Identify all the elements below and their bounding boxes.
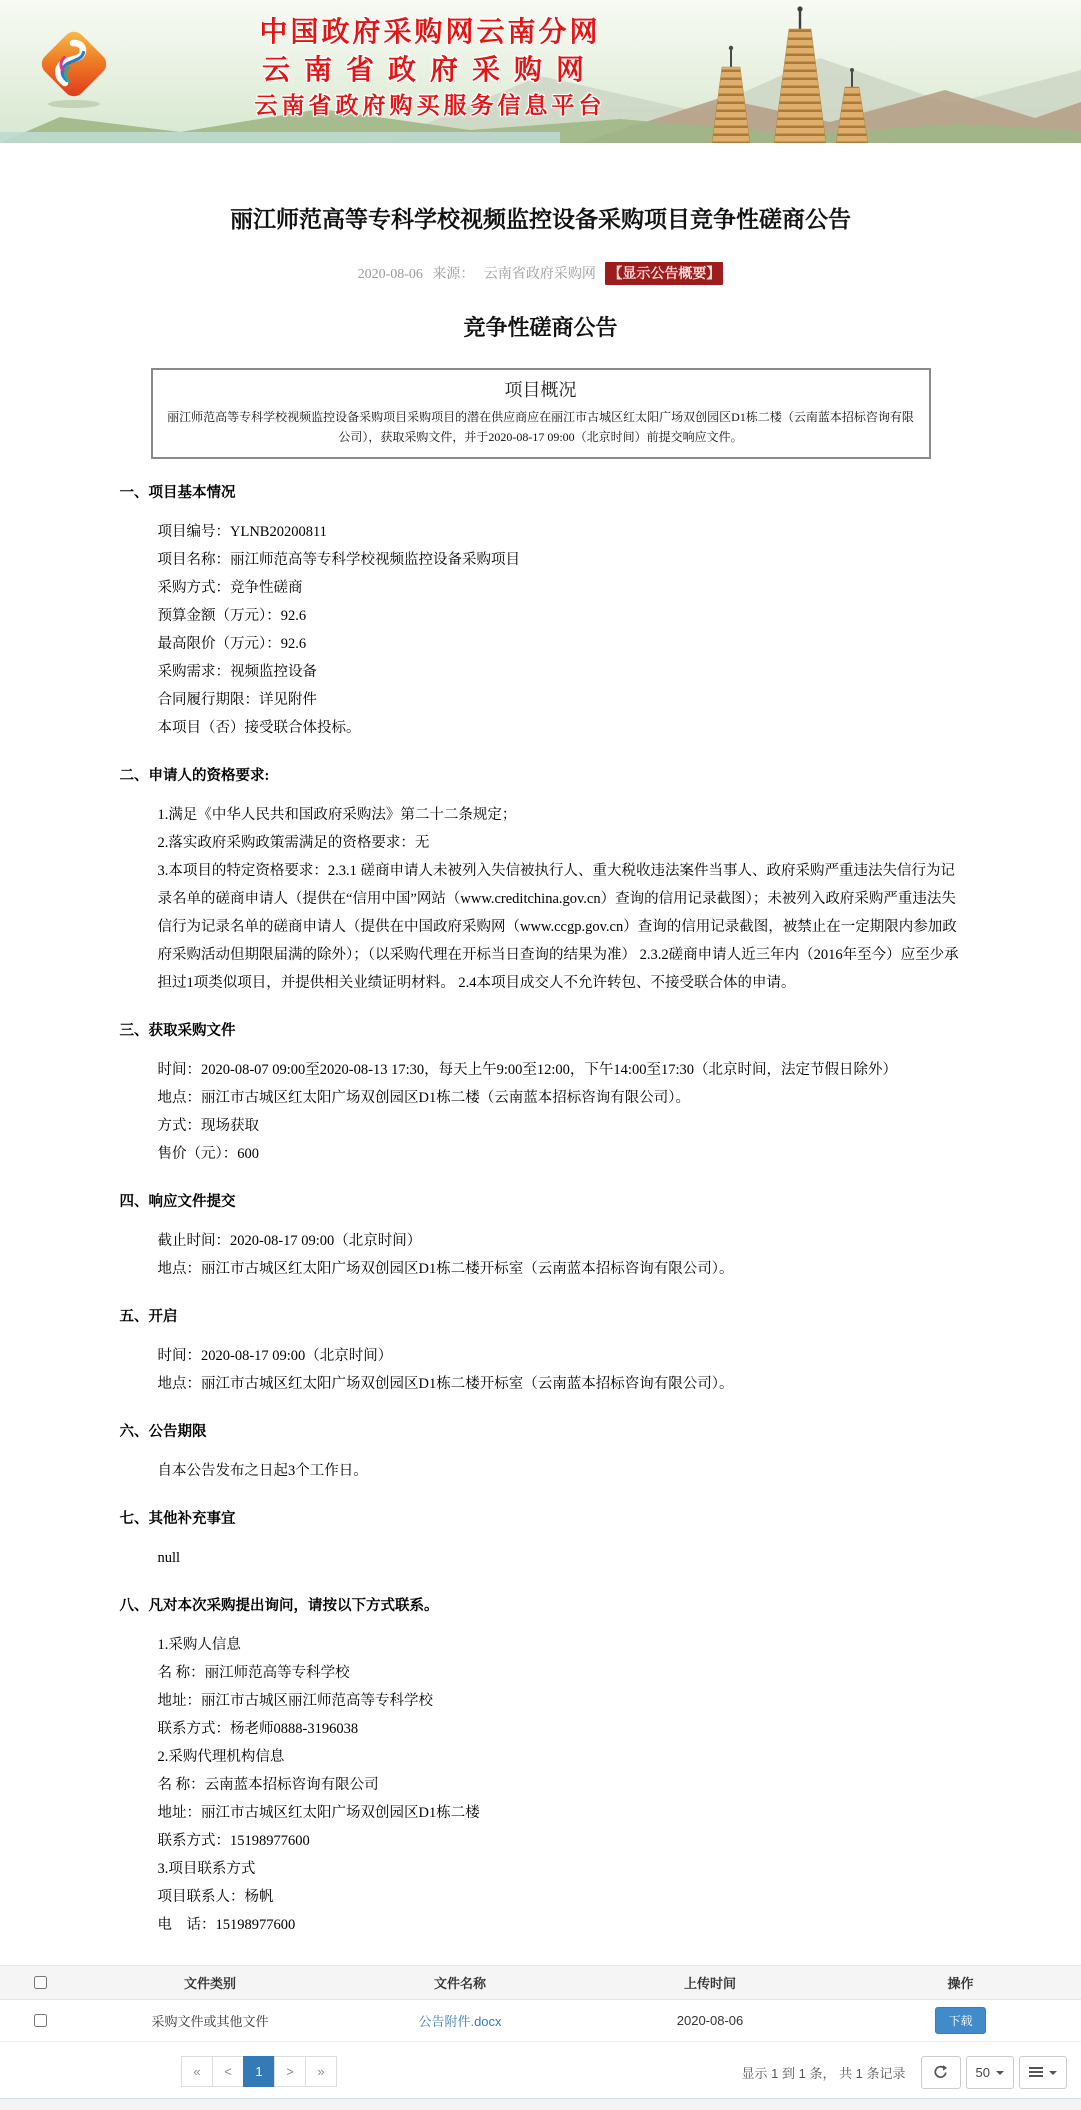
refresh-button[interactable] bbox=[921, 2056, 961, 2089]
section-opening: 五、开启 时间：2020-08-17 09:00（北京时间） 地点：丽江市古城区… bbox=[120, 1305, 962, 1398]
section-line: 联系方式：15198977600 bbox=[158, 1827, 962, 1855]
site-logo-icon bbox=[34, 26, 114, 110]
pagination-tools: 显示 1 到 1 条， 共 1 条记录 50 bbox=[742, 2056, 1067, 2089]
section-line: 本项目（否）接受联合体投标。 bbox=[158, 714, 962, 742]
section-line: 1.采购人信息 bbox=[158, 1631, 962, 1659]
row-checkbox[interactable] bbox=[34, 2014, 47, 2027]
banner-line-3: 云南省政府购买服务信息平台 bbox=[150, 92, 710, 120]
section-announcement-period: 六、公告期限 自本公告发布之日起3个工作日。 bbox=[120, 1420, 962, 1485]
pagination-bar: « < 1 > » 显示 1 到 1 条， 共 1 条记录 50 bbox=[0, 2046, 1081, 2098]
section-contacts: 八、凡对本次采购提出询问，请按以下方式联系。 1.采购人信息 名 称：丽江师范高… bbox=[120, 1594, 962, 1939]
banner-title-block: 中国政府采购网云南分网 云南省政府采购网 云南省政府购买服务信息平台 bbox=[150, 16, 710, 120]
section-line: 地点：丽江市古城区红太阳广场双创园区D1栋二楼开标室（云南蓝本招标咨询有限公司）… bbox=[158, 1370, 962, 1398]
section-title: 四、响应文件提交 bbox=[120, 1190, 962, 1211]
attachments-table: 文件类别 文件名称 上传时间 操作 采购文件或其他文件 公告附件.docx 20… bbox=[0, 1965, 1081, 2042]
section-line: 售价（元）：600 bbox=[158, 1140, 962, 1168]
section-line: 采购需求：视频监控设备 bbox=[158, 658, 962, 686]
select-all-checkbox[interactable] bbox=[34, 1976, 47, 1989]
section-obtain-documents: 三、获取采购文件 时间：2020-08-07 09:00至2020-08-13 … bbox=[120, 1019, 962, 1168]
section-line: 1.满足《中华人民共和国政府采购法》第二十二条规定； bbox=[158, 801, 962, 829]
source-name: 云南省政府采购网 bbox=[484, 267, 596, 282]
section-line: 方式：现场获取 bbox=[158, 1112, 962, 1140]
columns-button[interactable] bbox=[1019, 2056, 1067, 2089]
section-line: 名 称：云南蓝本招标咨询有限公司 bbox=[158, 1771, 962, 1799]
section-line: 地点：丽江市古城区红太阳广场双创园区D1栋二楼开标室（云南蓝本招标咨询有限公司）… bbox=[158, 1255, 962, 1283]
list-columns-icon bbox=[1029, 2067, 1043, 2078]
section-line: 合同履行期限：详见附件 bbox=[158, 686, 962, 714]
publish-date: 2020-08-06 bbox=[358, 267, 423, 282]
section-line: 项目联系人：杨帆 bbox=[158, 1883, 962, 1911]
section-line: 名 称：丽江师范高等专科学校 bbox=[158, 1659, 962, 1687]
section-line: 截止时间：2020-08-17 09:00（北京时间） bbox=[158, 1227, 962, 1255]
chevron-down-icon bbox=[1049, 2071, 1057, 2075]
download-button[interactable]: 下载 bbox=[935, 2007, 985, 2034]
pagination-first-button[interactable]: « bbox=[181, 2056, 213, 2087]
section-line: 地点：丽江市古城区红太阳广场双创园区D1栋二楼（云南蓝本招标咨询有限公司）。 bbox=[158, 1084, 962, 1112]
section-title: 六、公告期限 bbox=[120, 1420, 962, 1441]
cell-upload-time: 2020-08-06 bbox=[580, 2000, 840, 2042]
section-line: 时间：2020-08-07 09:00至2020-08-13 17:30，每天上… bbox=[158, 1056, 962, 1084]
section-line: 地址：丽江市古城区丽江师范高等专科学校 bbox=[158, 1687, 962, 1715]
section-title: 五、开启 bbox=[120, 1305, 962, 1326]
column-header-action: 操作 bbox=[840, 1966, 1081, 2000]
pagination-prev-button[interactable]: < bbox=[212, 2056, 244, 2087]
section-title: 一、项目基本情况 bbox=[120, 481, 962, 502]
page-size-select[interactable]: 50 bbox=[966, 2056, 1014, 2089]
section-line: 2.采购代理机构信息 bbox=[158, 1743, 962, 1771]
overview-text: 丽江师范高等专科学校视频监控设备采购项目采购项目的潜在供应商应在丽江市古城区红太… bbox=[163, 407, 919, 447]
site-banner: 中国政府采购网云南分网 云南省政府采购网 云南省政府购买服务信息平台 bbox=[0, 0, 1081, 143]
column-header-category: 文件类别 bbox=[80, 1966, 340, 2000]
section-line: 最高限价（万元）：92.6 bbox=[158, 630, 962, 658]
announcement-subtitle: 竞争性磋商公告 bbox=[120, 311, 962, 342]
section-line: 2.落实政府采购政策需满足的资格要求：无 bbox=[158, 829, 962, 857]
section-line: 联系方式：杨老师0888-3196038 bbox=[158, 1715, 962, 1743]
table-row: 采购文件或其他文件 公告附件.docx 2020-08-06 下载 bbox=[0, 2000, 1081, 2042]
meta-line: 2020-08-06 来源： 云南省政府采购网 【显示公告概要】 bbox=[120, 262, 962, 285]
section-line: 项目名称：丽江师范高等专科学校视频监控设备采购项目 bbox=[158, 546, 962, 574]
attachments-header-row: 文件类别 文件名称 上传时间 操作 bbox=[0, 1966, 1081, 2000]
page: 中国政府采购网云南分网 云南省政府采购网 云南省政府购买服务信息平台 丽江师范高… bbox=[0, 0, 1081, 2110]
section-line: 采购方式：竞争性磋商 bbox=[158, 574, 962, 602]
pagination-next-button[interactable]: > bbox=[274, 2056, 306, 2087]
cell-file-category: 采购文件或其他文件 bbox=[80, 2000, 340, 2042]
banner-line-2: 云南省政府采购网 bbox=[150, 54, 710, 88]
page-size-value: 50 bbox=[976, 2065, 990, 2080]
section-title: 八、凡对本次采购提出询问，请按以下方式联系。 bbox=[120, 1594, 962, 1615]
banner-line-1: 中国政府采购网云南分网 bbox=[150, 16, 710, 50]
project-overview-box: 项目概况 丽江师范高等专科学校视频监控设备采购项目采购项目的潜在供应商应在丽江市… bbox=[151, 368, 931, 459]
section-title: 二、申请人的资格要求: bbox=[120, 764, 962, 785]
pagination-page-1-button[interactable]: 1 bbox=[243, 2056, 275, 2087]
attachments-area: 文件类别 文件名称 上传时间 操作 采购文件或其他文件 公告附件.docx 20… bbox=[0, 1965, 1081, 2098]
section-line: 地址：丽江市古城区红太阳广场双创园区D1栋二楼 bbox=[158, 1799, 962, 1827]
pagination: « < 1 > » bbox=[181, 2056, 337, 2087]
refresh-icon bbox=[933, 2065, 948, 2080]
pagination-last-button[interactable]: » bbox=[305, 2056, 337, 2087]
column-header-upload-time: 上传时间 bbox=[580, 1966, 840, 2000]
section-title: 七、其他补充事宜 bbox=[120, 1507, 962, 1528]
announcement-document: 丽江师范高等专科学校视频监控设备采购项目竞争性磋商公告 2020-08-06 来… bbox=[120, 143, 962, 1939]
overview-title: 项目概况 bbox=[163, 376, 919, 402]
section-line: 3.本项目的特定资格要求：2.3.1 磋商申请人未被列入失信被执行人、重大税收违… bbox=[158, 857, 962, 997]
section-line: 自本公告发布之日起3个工作日。 bbox=[158, 1457, 962, 1485]
chevron-down-icon bbox=[996, 2071, 1004, 2075]
section-other-matters: 七、其他补充事宜 null bbox=[120, 1507, 962, 1572]
column-header-filename: 文件名称 bbox=[340, 1966, 580, 2000]
section-title: 三、获取采购文件 bbox=[120, 1019, 962, 1040]
source-label: 来源： bbox=[432, 267, 474, 282]
show-summary-toggle-button[interactable]: 【显示公告概要】 bbox=[605, 262, 723, 285]
records-info: 显示 1 到 1 条， 共 1 条记录 bbox=[742, 2063, 906, 2082]
section-line: 电 话：15198977600 bbox=[158, 1911, 962, 1939]
section-line: 时间：2020-08-17 09:00（北京时间） bbox=[158, 1342, 962, 1370]
section-line: null bbox=[158, 1544, 962, 1572]
section-line: 项目编号：YLNB20200811 bbox=[158, 518, 962, 546]
section-qualification: 二、申请人的资格要求: 1.满足《中华人民共和国政府采购法》第二十二条规定； 2… bbox=[120, 764, 962, 997]
page-title: 丽江师范高等专科学校视频监控设备采购项目竞争性磋商公告 bbox=[120, 201, 962, 234]
section-basic-info: 一、项目基本情况 项目编号：YLNB20200811 项目名称：丽江师范高等专科… bbox=[120, 481, 962, 742]
section-line: 预算金额（万元）：92.6 bbox=[158, 602, 962, 630]
section-line: 3.项目联系方式 bbox=[158, 1855, 962, 1883]
section-response-submission: 四、响应文件提交 截止时间：2020-08-17 09:00（北京时间） 地点：… bbox=[120, 1190, 962, 1283]
attachment-file-link[interactable]: 公告附件.docx bbox=[418, 2014, 501, 2029]
footer-bar bbox=[0, 2098, 1081, 2110]
